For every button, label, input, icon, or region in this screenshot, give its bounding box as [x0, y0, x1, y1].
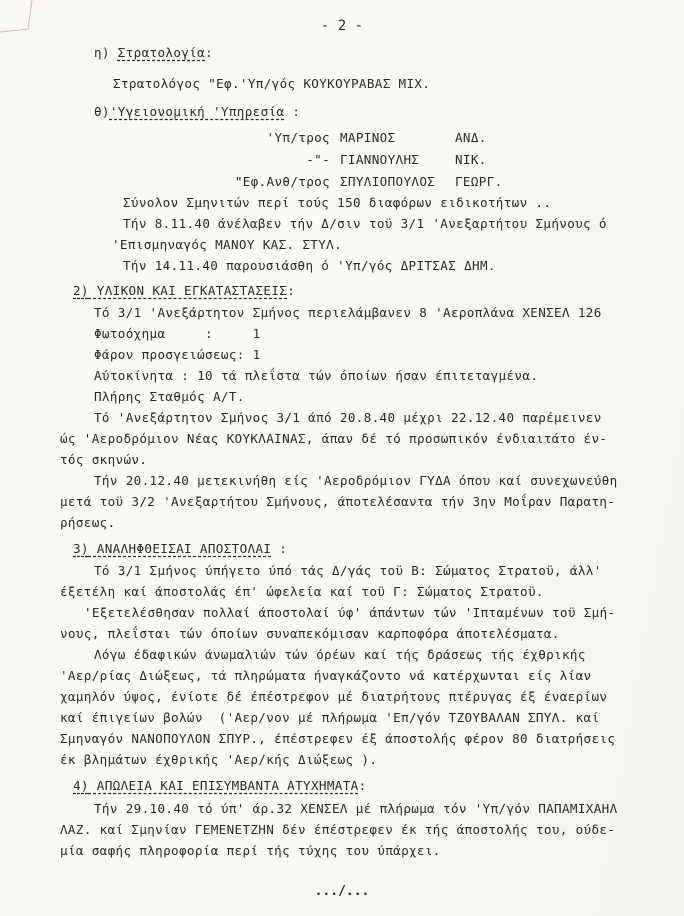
staff-rank: -"-	[250, 152, 330, 168]
section-2-colon: :	[287, 283, 295, 298]
paragraph-line: 'Αερ/ρίας Διώξεως, τά πληρώματα ήναγκάζο…	[60, 668, 591, 684]
paragraph-line: Τήν 14.11.40 παρουσιάσθη ό 'Υπ/γός ΔΡΙΤΣ…	[123, 258, 496, 274]
section-2-label: 2)	[73, 283, 89, 298]
section-eta-title: Στρατολογία	[118, 45, 205, 60]
paragraph-line: Λόγω έδαφικών άνωμαλιών τών όρέων καί τή…	[94, 647, 586, 663]
paragraph-line: Αύτοκίνητα : 10 τά πλεΐστα τών όποίων ήσ…	[94, 368, 538, 384]
paragraph-line: Τό 3/1 Σμήνος ύπήγετο ύπό τάς Δ/γάς τοϋ …	[94, 563, 602, 579]
section-3-heading: 3) ΑΝΑΛΗΦΘΕΙΣΑΙ ΑΠΟΣΤΟΛΑΙ :	[73, 541, 287, 557]
continuation-marker: .../...	[0, 884, 684, 899]
paragraph-line: ώς 'Αεροδρόμιον Νέας ΚΟΥΚΛΑΙΝΑΣ, άπαν δέ…	[60, 431, 607, 447]
section-theta-title: 'Υγειονομική 'Υπηρεσία	[110, 104, 285, 119]
paragraph-line: Τήν 8.11.40 άνέλαβεν τήν Δ/σιν τοϋ 3/1 '…	[123, 216, 607, 232]
section-eta-heading: η) Στρατολογία:	[94, 45, 213, 61]
paragraph-line: 'Επισμηναγός ΜΑΝΟΥ ΚΑΣ. ΣΤΥΛ.	[112, 237, 342, 253]
staff-name: ΜΑΡΙΝΟΣ	[340, 130, 396, 146]
recruiter-line: Στρατολόγος "Εφ.'Υπ/γός ΚΟΥΚΟΥΡΑΒΑΣ ΜΙΧ.	[113, 76, 430, 92]
section-3-label: 3)	[73, 541, 89, 556]
staff-name: ΓΙΑΝΝΟΥΛΗΣ	[340, 152, 419, 168]
paragraph-line: Σύνολον Σμηνιτών περί τούς 150 διαφόρων …	[123, 195, 551, 211]
page-number: - 2 -	[0, 18, 684, 34]
section-2-title: ΥΛΙΚΟΝ ΚΑΙ ΕΓΚΑΤΑΣΤΑΣΕΙΣ	[89, 283, 287, 298]
paragraph-line: 'Εξετελέσθησαν πολλαί άποστολαί ύφ' άπάν…	[84, 605, 615, 621]
paragraph-line: μετά τοϋ 3/2 'Ανεξαρτήτου Σμήνους, άποτε…	[60, 494, 615, 510]
staff-initial: ΝΙΚ.	[455, 152, 487, 168]
section-3-colon: :	[271, 541, 287, 556]
paragraph-line: Τό 'Ανεξάρτητον Σμήνος 3/1 άπό 20.8.40 μ…	[94, 410, 602, 426]
paragraph-line: Πλήρης Σταθμός Α/Τ.	[94, 389, 245, 405]
paragraph-line: Σμηναγόν ΝΑΝΟΠΟΥΛΟΝ ΣΠΥΡ., έπέστρεφεν έξ…	[60, 731, 615, 747]
paragraph-line: ρήσεως.	[60, 515, 116, 531]
section-eta-colon: :	[205, 45, 213, 60]
paragraph-line: καί έπιγείων βολών ('Αερ/νον μέ πλήρωμα …	[60, 710, 599, 726]
paragraph-line: ΛΑΖ. καί Σμηνίαν ΓΕΜΕΝΕΤΖΗΝ δέν έπέστρεφ…	[60, 822, 615, 838]
section-theta-label: θ)	[94, 104, 110, 119]
paragraph-line: χαμηλόν ύψος, ένίοτε δέ έπέστρεφον μέ δι…	[60, 689, 607, 705]
staff-initial: ΑΝΔ.	[455, 130, 487, 146]
staff-rank: 'Υπ/τρος	[250, 130, 330, 146]
staff-name: ΣΠΥΛΙΟΠΟΥΛΟΣ	[340, 174, 435, 190]
section-4-heading: 4) ΑΠΩΛΕΙΑ ΚΑΙ ΕΠΙΣΥΜΒΑΝΤΑ ΑΤΥΧΗΜΑΤΑ:	[73, 778, 367, 794]
staff-initial: ΓΕΩΡΓ.	[455, 174, 503, 190]
section-4-label: 4)	[73, 778, 89, 793]
paragraph-line: τός σκηνών.	[60, 452, 147, 468]
paragraph-line: έξετέλη καί άποστολάς έπ' ώφελεία καί το…	[60, 584, 544, 600]
section-eta-label: η)	[94, 45, 118, 60]
paragraph-line: Τό 3/1 'Ανεξάρτητον Σμήνος περιελάμβανεν…	[94, 305, 602, 321]
paragraph-line: Φάρον προσγειώσεως: 1	[94, 347, 261, 363]
staff-rank: "Εφ.Ανθ/τρος	[210, 174, 330, 190]
section-4-colon: :	[359, 778, 367, 793]
paragraph-line: μία σαφής πληροφορία περί τής τύχης του …	[60, 843, 441, 859]
section-theta-heading: θ)'Υγειονομική 'Υπηρεσία :	[94, 104, 300, 120]
section-3-title: ΑΝΑΛΗΦΘΕΙΣΑΙ ΑΠΟΣΤΟΛΑΙ	[89, 541, 271, 556]
paragraph-line: Φωτοόχημα : 1	[94, 326, 261, 342]
paragraph-line: Τήν 20.12.40 μετεκινήθη είς 'Αεροδρόμιον…	[94, 473, 618, 489]
paragraph-line: νους, πλεΐσται τών όποίων συναπεκόμισαν …	[60, 626, 560, 642]
paragraph-line: έκ βλημάτων έχθρικής 'Αερ/κής Διώξεως ).	[60, 752, 377, 768]
section-theta-colon: :	[284, 104, 300, 119]
section-4-title: ΑΠΩΛΕΙΑ ΚΑΙ ΕΠΙΣΥΜΒΑΝΤΑ ΑΤΥΧΗΜΑΤΑ	[89, 778, 359, 793]
section-2-heading: 2) ΥΛΙΚΟΝ ΚΑΙ ΕΓΚΑΤΑΣΤΑΣΕΙΣ:	[73, 283, 295, 299]
paragraph-line: Τήν 29.10.40 τό ύπ' άρ.32 ΧΕΝΣΕΛ μέ πλήρ…	[94, 801, 618, 817]
